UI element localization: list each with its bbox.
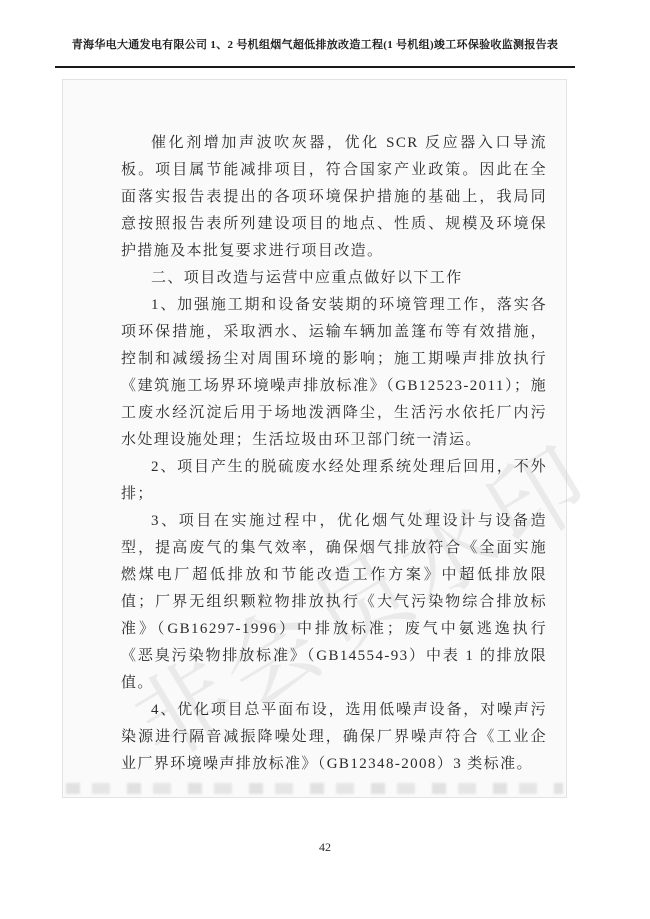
body-paragraph: 1、加强施工期和设备安装期的环境管理工作，落实各项环保措施，采取洒水、运输车辆加…: [121, 292, 547, 454]
body-paragraph: 二、项目改造与运营中应重点做好以下工作: [121, 265, 547, 292]
body-paragraph: 4、优化项目总平面布设，选用低噪声设备，对噪声污染源进行隔音减振降噪处理，确保厂…: [121, 697, 547, 778]
scan-artifact-band: [66, 783, 563, 794]
page-number: 42: [0, 840, 650, 855]
document-body: 催化剂增加声波吹灰器，优化 SCR 反应器入口导流板。项目属节能减排项目，符合国…: [121, 130, 547, 778]
body-paragraph: 3、项目在实施过程中，优化烟气处理设计与设备造型，提高废气的集气效率，确保烟气排…: [121, 508, 547, 697]
document-header-title: 青海华电大通发电有限公司 1、2 号机组烟气超低排放改造工程(1 号机组)竣工环…: [55, 36, 575, 52]
document-page: { "header": { "title": "青海华电大通发电有限公司 1、2…: [0, 0, 650, 919]
body-paragraph: 2、项目产生的脱硫废水经处理系统处理后回用，不外排；: [121, 454, 547, 508]
header-divider: [55, 66, 575, 68]
scanned-content-box: 非会员水印 催化剂增加声波吹灰器，优化 SCR 反应器入口导流板。项目属节能减排…: [62, 79, 567, 798]
body-paragraph: 催化剂增加声波吹灰器，优化 SCR 反应器入口导流板。项目属节能减排项目，符合国…: [121, 130, 547, 265]
